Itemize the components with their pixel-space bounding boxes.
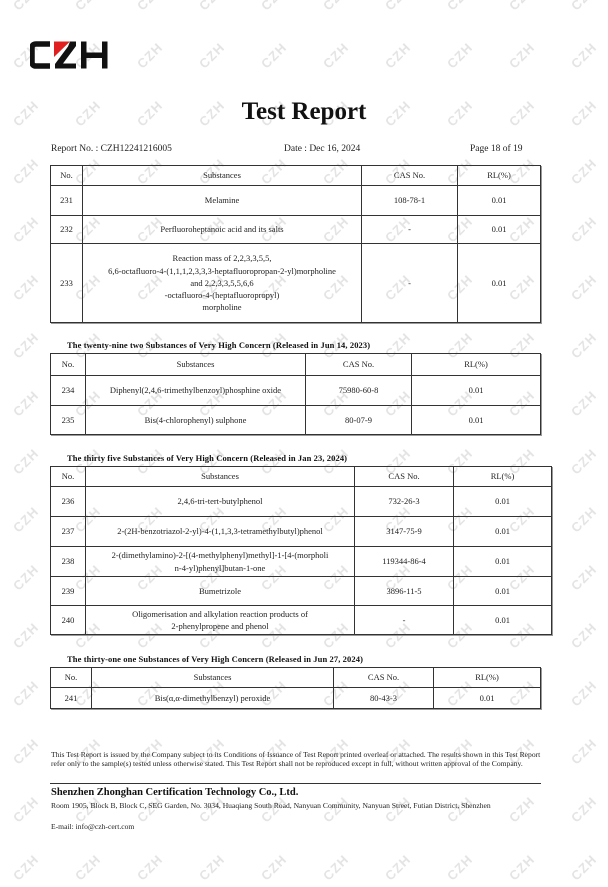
substances-table-1: No. Substances CAS No. RL(%) 231Melamine… [50,165,541,323]
watermark-text: CZH [568,736,600,768]
cell-no: 233 [51,244,83,323]
substance-line: Reaction mass of 2,2,3,3,5,5, [86,252,358,264]
watermark-text: CZH [320,852,352,884]
table-row: 2362,4,6-tri-tert-butylphenol732-26-30.0… [51,487,552,517]
cell-rl: 0.01 [454,517,552,547]
substance-line: Bumetrizole [89,585,351,597]
watermark-text: CZH [10,156,42,188]
watermark-text: CZH [444,40,476,72]
watermark-text: CZH [444,852,476,884]
section-title-jan-2024: The thirty five Substances of Very High … [67,453,347,463]
company-name: Shenzhen Zhonghan Certification Technolo… [51,787,298,798]
watermark-text: CZH [568,852,600,884]
cell-no: 241 [51,688,92,709]
substance-line: Perfluoroheptanoic acid and its salts [86,223,358,235]
col-rl: RL(%) [458,166,541,186]
substance-line: 2-phenylpropene and phenol [89,620,351,632]
col-substances: Substances [92,668,334,688]
watermark-text: CZH [10,446,42,478]
watermark-text: CZH [444,0,476,13]
watermark-text: CZH [10,272,42,304]
cell-rl: 0.01 [454,547,552,577]
cell-cas: 80-43-3 [334,688,434,709]
watermark-text: CZH [382,0,414,13]
czh-logo [30,40,112,70]
cell-rl: 0.01 [458,186,541,216]
substance-line: and 2,2,3,3,5,5,6,6 [86,277,358,289]
table-row: 239Bumetrizole3896-11-50.01 [51,577,552,606]
table-row: 2372-(2H-benzotriazol-2-yl)-4-(1,1,3,3-t… [51,517,552,547]
watermark-text: CZH [382,852,414,884]
page-title: Test Report [0,98,608,126]
substance-line: morpholine [86,301,358,313]
footer-divider [50,783,541,784]
watermark-text: CZH [506,0,538,13]
col-substances: Substances [83,166,362,186]
col-substances: Substances [86,467,355,487]
substances-table-3: No. Substances CAS No. RL(%) 2362,4,6-tr… [50,466,552,635]
substance-line: Bis(α,α-dimethylbenzyl) peroxide [95,692,330,704]
substance-line: Oligomerisation and alkylation reaction … [89,608,351,620]
substance-line: 2,4,6-tri-tert-butylphenol [89,495,351,507]
watermark-text: CZH [258,0,290,13]
watermark-text: CZH [258,40,290,72]
watermark-text: CZH [568,794,600,826]
watermark-text: CZH [134,0,166,13]
watermark-text: CZH [72,852,104,884]
watermark-text: CZH [10,504,42,536]
table-row: 235Bis(4-chlorophenyl) sulphone80-07-90.… [51,406,541,435]
table-header-row: No. Substances CAS No. RL(%) [51,166,541,186]
watermark-text: CZH [568,214,600,246]
watermark-text: CZH [568,40,600,72]
watermark-text: CZH [258,852,290,884]
page-number: Page 18 of 19 [470,144,523,154]
cell-substance: Diphenyl(2,4,6-trimethylbenzoyl)phosphin… [86,376,306,406]
table-row: 231Melamine108-78-10.01 [51,186,541,216]
cell-cas: 75980-60-8 [306,376,412,406]
watermark-text: CZH [568,388,600,420]
cell-substance: 2-(2H-benzotriazol-2-yl)-4-(1,1,3,3-tetr… [86,517,355,547]
watermark-text: CZH [10,678,42,710]
cell-no: 237 [51,517,86,547]
table-header-row: No. Substances CAS No. RL(%) [51,467,552,487]
cell-substance: Bumetrizole [86,577,355,606]
watermark-text: CZH [10,852,42,884]
table-row: 240Oligomerisation and alkylation reacti… [51,606,552,635]
cell-rl: 0.01 [412,376,541,406]
cell-cas: 3896-11-5 [355,577,454,606]
substances-table-2: No. Substances CAS No. RL(%) 234Diphenyl… [50,353,541,435]
substance-line: 2-(dimethylamino)-2-[(4-methylphenyl)met… [89,549,351,561]
table-row: 241Bis(α,α-dimethylbenzyl) peroxide80-43… [51,688,541,709]
cell-cas: 80-07-9 [306,406,412,435]
watermark-text: CZH [568,272,600,304]
watermark-text: CZH [568,678,600,710]
cell-no: 240 [51,606,86,635]
watermark-text: CZH [568,620,600,652]
cell-cas: 119344-86-4 [355,547,454,577]
substance-line: n-4-yl)phenyl]butan-1-one [89,562,351,574]
cell-substance: Bis(α,α-dimethylbenzyl) peroxide [92,688,334,709]
watermark-text: CZH [10,0,42,13]
watermark-text: CZH [10,330,42,362]
cell-rl: 0.01 [454,577,552,606]
col-no: No. [51,166,83,186]
cell-cas: - [362,244,458,323]
cell-no: 236 [51,487,86,517]
watermark-text: CZH [196,852,228,884]
substance-line: -octafluoro-4-(heptafluoropropyl) [86,289,358,301]
table-row: 2382-(dimethylamino)-2-[(4-methylphenyl)… [51,547,552,577]
cell-cas: 108-78-1 [362,186,458,216]
watermark-text: CZH [10,214,42,246]
cell-substance: Perfluoroheptanoic acid and its salts [83,216,362,244]
watermark-text: CZH [196,40,228,72]
watermark-text: CZH [568,156,600,188]
watermark-text: CZH [382,40,414,72]
col-no: No. [51,668,92,688]
cell-no: 235 [51,406,86,435]
cell-no: 232 [51,216,83,244]
cell-substance: Reaction mass of 2,2,3,3,5,5,6,6-octaflu… [83,244,362,323]
col-cas: CAS No. [362,166,458,186]
watermark-text: CZH [568,504,600,536]
cell-rl: 0.01 [458,244,541,323]
section-title-jun-2024: The thirty-one one Substances of Very Hi… [67,654,363,664]
cell-rl: 0.01 [454,487,552,517]
cell-substance: Oligomerisation and alkylation reaction … [86,606,355,635]
disclaimer-text: This Test Report is issued by the Compan… [51,751,541,769]
col-no: No. [51,354,86,376]
cell-cas: - [355,606,454,635]
watermark-text: CZH [72,0,104,13]
watermark-text: CZH [320,40,352,72]
table-header-row: No. Substances CAS No. RL(%) [51,354,541,376]
watermark-text: CZH [10,388,42,420]
watermark-text: CZH [10,736,42,768]
substances-table-4: No. Substances CAS No. RL(%) 241Bis(α,α-… [50,667,541,709]
col-rl: RL(%) [434,668,541,688]
cell-rl: 0.01 [454,606,552,635]
watermark-text: CZH [506,40,538,72]
cell-substance: Melamine [83,186,362,216]
watermark-text: CZH [134,40,166,72]
watermark-text: CZH [10,562,42,594]
col-substances: Substances [86,354,306,376]
cell-no: 238 [51,547,86,577]
report-number: Report No. : CZH12241216005 [51,144,172,154]
substance-line: 6,6-octafluoro-4-(1,1,1,2,3,3,3-heptaflu… [86,265,358,277]
watermark-text: CZH [320,0,352,13]
cell-rl: 0.01 [434,688,541,709]
watermark-text: CZH [568,330,600,362]
substance-line: 2-(2H-benzotriazol-2-yl)-4-(1,1,3,3-tetr… [89,525,351,537]
substance-line: Melamine [86,194,358,206]
report-date: Date : Dec 16, 2024 [284,144,360,154]
col-rl: RL(%) [412,354,541,376]
watermark-text: CZH [10,620,42,652]
cell-no: 239 [51,577,86,606]
watermark-text: CZH [568,562,600,594]
cell-rl: 0.01 [412,406,541,435]
cell-substance: 2,4,6-tri-tert-butylphenol [86,487,355,517]
watermark-text: CZH [196,0,228,13]
company-address: Room 1905, Block B, Block C, SEG Garden,… [51,801,541,810]
watermark-text: CZH [10,794,42,826]
watermark-text: CZH [568,0,600,13]
watermark-text: CZH [568,446,600,478]
col-cas: CAS No. [355,467,454,487]
col-cas: CAS No. [334,668,434,688]
col-no: No. [51,467,86,487]
table-row: 234Diphenyl(2,4,6-trimethylbenzoyl)phosp… [51,376,541,406]
cell-no: 234 [51,376,86,406]
cell-cas: 732-26-3 [355,487,454,517]
substance-line: Bis(4-chlorophenyl) sulphone [89,414,302,426]
table-row: 232Perfluoroheptanoic acid and its salts… [51,216,541,244]
table-header-row: No. Substances CAS No. RL(%) [51,668,541,688]
col-cas: CAS No. [306,354,412,376]
watermark-text: CZH [134,852,166,884]
cell-substance: Bis(4-chlorophenyl) sulphone [86,406,306,435]
section-title-2023: The twenty-nine two Substances of Very H… [67,340,370,350]
cell-cas: 3147-75-9 [355,517,454,547]
substance-line: Diphenyl(2,4,6-trimethylbenzoyl)phosphin… [89,384,302,396]
cell-cas: - [362,216,458,244]
cell-rl: 0.01 [458,216,541,244]
cell-substance: 2-(dimethylamino)-2-[(4-methylphenyl)met… [86,547,355,577]
cell-no: 231 [51,186,83,216]
col-rl: RL(%) [454,467,552,487]
table-row: 233Reaction mass of 2,2,3,3,5,5,6,6-octa… [51,244,541,323]
company-email: E-mail: info@czh-cert.com [51,822,134,831]
watermark-text: CZH [506,852,538,884]
